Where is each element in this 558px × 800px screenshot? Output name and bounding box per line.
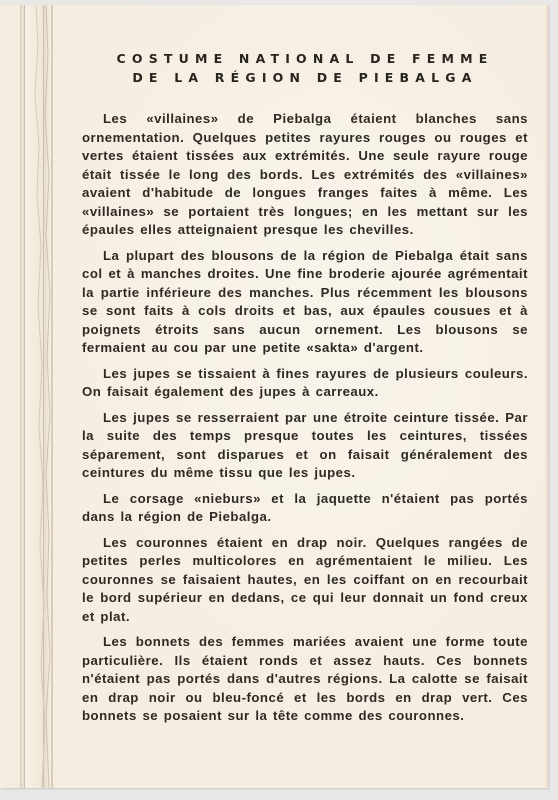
document-title-line-1: COSTUME NATIONAL DE FEMME [82,51,528,66]
document-body: Les «villaines» de Piebalga étaient blan… [82,110,528,733]
paragraph-jupes-rayures: Les jupes se tissaient à fines rayures d… [82,365,528,402]
paper-crease [30,5,52,788]
document-title-line-2: DE LA RÉGION DE PIEBALGA [82,70,528,85]
paragraph-ceintures: Les jupes se resserraient par une étroit… [82,409,528,483]
paragraph-bonnets: Les bonnets des femmes mariées avaient u… [82,633,528,726]
paragraph-couronnes: Les couronnes étaient en drap noir. Quel… [82,534,528,627]
folded-binding-edge [0,5,60,788]
paragraph-blousons: La plupart des blousons de la région de … [82,247,528,358]
binding-strip [0,5,21,788]
paragraph-villaines: Les «villaines» de Piebalga étaient blan… [82,110,528,240]
paragraph-corsage: Le corsage «nieburs» et la jaquette n'ét… [82,490,528,527]
document-page: COSTUME NATIONAL DE FEMME DE LA RÉGION D… [0,5,548,788]
